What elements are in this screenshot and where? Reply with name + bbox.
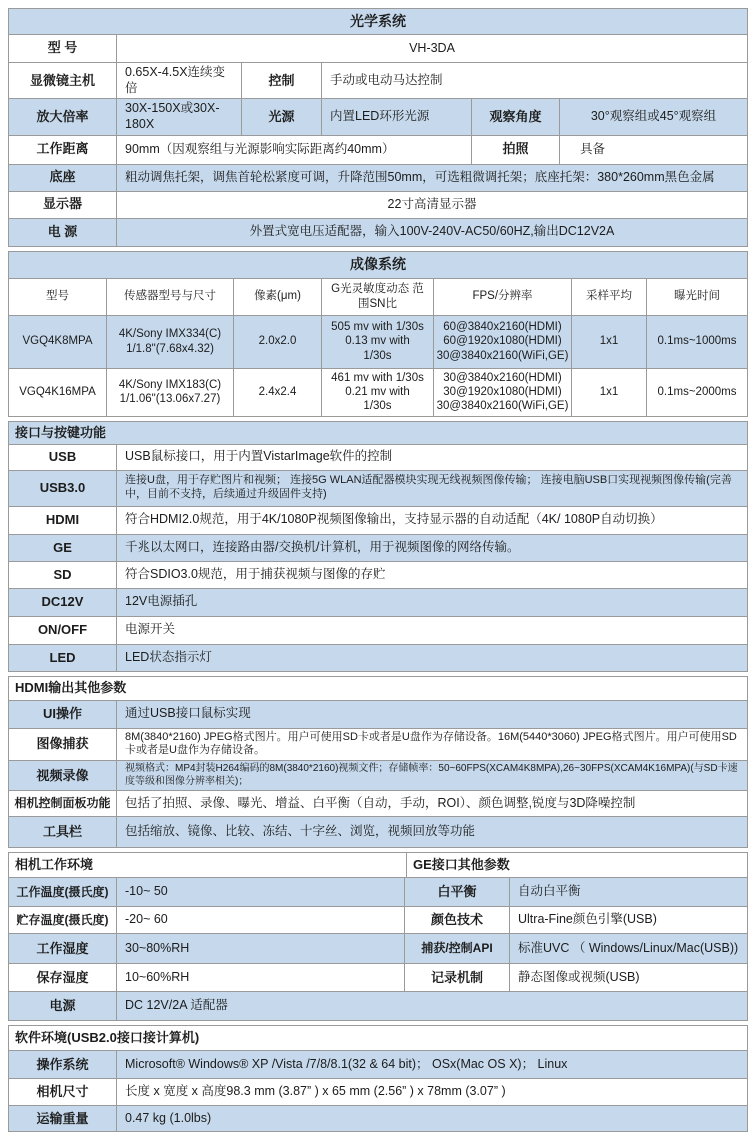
row-label: 光源 [241, 99, 321, 134]
row-value: 22寸高清显示器 [116, 192, 747, 218]
row-value: 自动白平衡 [509, 878, 747, 906]
table-row: 电 源 外置式宽电压适配器，输入100V-240V-AC50/60HZ,输出DC… [9, 218, 747, 246]
table-row: HDMI 符合HDMI2.0规范，用于4K/1080P视频图像输出，支持显示器的… [9, 506, 747, 534]
imaging-header-row: 型号 传感器型号与尺寸 像素(μm) G光灵敏度动态 范围SN比 FPS/分辨率… [9, 278, 747, 315]
row-label: 记录机制 [404, 964, 509, 991]
table-row: USB3.0 连接U盘，用于存贮图片和视频； 连接5G WLAN适配器模块实现无… [9, 470, 747, 506]
section-interfaces: 接口与按键功能 USB USB鼠标接口，用于内置VistarImage软件的控制… [8, 421, 748, 672]
row-value: 0.47 kg (1.0lbs) [116, 1106, 747, 1131]
table-row: 相机尺寸 长度 x 宽度 x 高度98.3 mm (3.87” ) x 65 m… [9, 1078, 747, 1105]
table-row: 工具栏 包括缩放、镜像、比较、冻结、十字丝、浏览，视频回放等功能 [9, 816, 747, 847]
row-label: 观察角度 [471, 99, 559, 134]
table-row: DC12V 12V电源插孔 [9, 588, 747, 616]
row-value: 30°观察组或45°观察组 [559, 99, 747, 134]
model-value: VH-3DA [116, 35, 747, 62]
table-row: 运输重量 0.47 kg (1.0lbs) [9, 1105, 747, 1131]
column-header: 曝光时间 [646, 279, 747, 315]
row-label: 相机尺寸 [9, 1079, 116, 1105]
table-row: 图像捕获 8M(3840*2160) JPEG格式图片。用户可使用SD卡或者是U… [9, 728, 747, 761]
row-label: USB [9, 445, 116, 470]
column-header: 采样平均 [571, 279, 646, 315]
exposure-time: 0.1ms~1000ms [646, 316, 747, 368]
row-value: 包括缩放、镜像、比较、冻结、十字丝、浏览，视频回放等功能 [116, 817, 747, 847]
table-row: SD 符合SDIO3.0规范，用于捕获视频与图像的存贮 [9, 561, 747, 588]
row-value: 视频格式：MP4封装H264编码的8M(3840*2160)视频文件；存储帧率：… [116, 761, 747, 790]
sampling-average: 1x1 [571, 369, 646, 416]
row-label: UI操作 [9, 701, 116, 728]
table-row: 放大倍率 30X-150X或30X-180X 光源 内置LED环形光源 观察角度… [9, 98, 747, 134]
row-value: 千兆以太网口，连接路由器/交换机/计算机，用于视频图像的网络传输。 [116, 535, 747, 561]
row-value: 长度 x 宽度 x 高度98.3 mm (3.87” ) x 65 mm (2.… [116, 1079, 747, 1105]
table-row: 型 号 VH-3DA [9, 34, 747, 62]
column-header: 像素(μm) [233, 279, 321, 315]
row-label: 工具栏 [9, 817, 116, 847]
table-row: 贮存温度(摄氏度) -20~ 60 颜色技术 Ultra-Fine颜色引擎(US… [9, 906, 747, 933]
section-title: 软件环境(USB2.0接口接计算机) [9, 1026, 747, 1050]
sensor-spec: 4K/Sony IMX334(C) 1/1.8"(7.68x4.32) [106, 316, 233, 368]
row-label: 视频录像 [9, 761, 116, 790]
section-title: 成像系统 [9, 252, 747, 278]
table-row: 底座 粗动调焦托架，调焦首轮松紧度可调，升降范围50mm，可选粗微调托架；底座托… [9, 164, 747, 191]
row-value: 符合SDIO3.0规范，用于捕获视频与图像的存贮 [116, 562, 747, 588]
table-row: 视频录像 视频格式：MP4封装H264编码的8M(3840*2160)视频文件；… [9, 760, 747, 790]
row-label: LED [9, 645, 116, 671]
table-row: 显示器 22寸高清显示器 [9, 191, 747, 218]
row-label: 白平衡 [404, 878, 509, 906]
row-label: 图像捕获 [9, 729, 116, 761]
table-row: ON/OFF 电源开关 [9, 616, 747, 644]
row-value: 内置LED环形光源 [321, 99, 471, 134]
row-value: 8M(3840*2160) JPEG格式图片。用户可使用SD卡或者是U盘作为存储… [116, 729, 747, 761]
table-row: 工作温度(摄氏度) -10~ 50 白平衡 自动白平衡 [9, 877, 747, 906]
sensitivity: 461 mv with 1/30s 0.21 mv with 1/30s [321, 369, 433, 416]
row-value: 30X-150X或30X-180X [116, 99, 241, 134]
row-value: 电源开关 [116, 617, 747, 644]
pixel-size: 2.0x2.0 [233, 316, 321, 368]
row-label: 工作距离 [9, 136, 116, 164]
camera-model: VGQ4K8MPA [9, 316, 106, 368]
row-label: HDMI [9, 507, 116, 534]
table-row: 操作系统 Microsoft® Windows® XP /Vista /7/8/… [9, 1050, 747, 1078]
row-label: 保存湿度 [9, 964, 116, 991]
row-value: 30~80%RH [116, 934, 404, 963]
row-value: -10~ 50 [116, 878, 404, 906]
fps-resolution: 30@3840x2160(HDMI) 30@1920x1080(HDMI) 30… [433, 369, 571, 416]
row-value: 包括了拍照、录像、曝光、增益、白平衡（自动，手动，ROI）、颜色调整,锐度与3D… [116, 791, 747, 816]
section-title: 接口与按键功能 [9, 422, 747, 444]
row-label: 电 源 [9, 219, 116, 246]
row-label: SD [9, 562, 116, 588]
interface-title-row: 接口与按键功能 [9, 422, 747, 444]
row-label: USB3.0 [9, 471, 116, 506]
row-value: 90mm（因观察组与光源影响实际距离约40mm） [116, 136, 471, 164]
row-label: 显示器 [9, 192, 116, 218]
table-row: 电源 DC 12V/2A 适配器 [9, 991, 747, 1020]
row-label: 拍照 [471, 136, 559, 164]
table-row: GE 千兆以太网口，连接路由器/交换机/计算机，用于视频图像的网络传输。 [9, 534, 747, 561]
optical-title-row: 光学系统 [9, 9, 747, 34]
column-header: 型号 [9, 279, 106, 315]
section-environment-and-ge: 相机工作环境 GE接口其他参数 工作温度(摄氏度) -10~ 50 白平衡 自动… [8, 852, 748, 1021]
row-label: 捕获/控制API [404, 934, 509, 963]
row-label: 电源 [9, 992, 116, 1020]
table-row: 显微镜主机 0.65X-4.5X连续变倍 控制 手动或电动马达控制 [9, 62, 747, 98]
sampling-average: 1x1 [571, 316, 646, 368]
row-label: 工作湿度 [9, 934, 116, 963]
table-row: 相机控制面板功能 包括了拍照、录像、曝光、增益、白平衡（自动，手动，ROI）、颜… [9, 790, 747, 816]
sensitivity: 505 mv with 1/30s 0.13 mv with 1/30s [321, 316, 433, 368]
camera-model: VGQ4K16MPA [9, 369, 106, 416]
pixel-size: 2.4x2.4 [233, 369, 321, 416]
table-row: 工作湿度 30~80%RH 捕获/控制API 标准UVC （ Windows/L… [9, 933, 747, 963]
section-imaging-system: 成像系统 型号 传感器型号与尺寸 像素(μm) G光灵敏度动态 范围SN比 FP… [8, 251, 748, 417]
row-label: 相机控制面板功能 [9, 791, 116, 816]
section-hdmi-params: HDMI输出其他参数 UI操作 通过USB接口鼠标实现 图像捕获 8M(3840… [8, 676, 748, 849]
section-title: 相机工作环境 [9, 853, 406, 877]
row-value: 具备 [559, 136, 747, 164]
row-value: DC 12V/2A 适配器 [116, 992, 747, 1020]
imaging-title-row: 成像系统 [9, 252, 747, 278]
row-label: 运输重量 [9, 1106, 116, 1131]
row-value: LED状态指示灯 [116, 645, 747, 671]
exposure-time: 0.1ms~2000ms [646, 369, 747, 416]
sensor-spec: 4K/Sony IMX183(C) 1/1.06"(13.06x7.27) [106, 369, 233, 416]
row-value: 连接U盘，用于存贮图片和视频； 连接5G WLAN适配器模块实现无线视频图像传输… [116, 471, 747, 506]
row-value: 0.65X-4.5X连续变倍 [116, 63, 241, 98]
fps-resolution: 60@3840x2160(HDMI) 60@1920x1080(HDMI) 30… [433, 316, 571, 368]
row-value: 粗动调焦托架，调焦首轮松紧度可调，升降范围50mm，可选粗微调托架；底座托架：3… [116, 165, 747, 191]
row-value: 外置式宽电压适配器，输入100V-240V-AC50/60HZ,输出DC12V2… [116, 219, 747, 246]
row-label: 显微镜主机 [9, 63, 116, 98]
column-header: G光灵敏度动态 范围SN比 [321, 279, 433, 315]
column-header: FPS/分辨率 [433, 279, 571, 315]
section-title: HDMI输出其他参数 [9, 677, 747, 700]
row-value: Ultra-Fine颜色引擎(USB) [509, 907, 747, 933]
row-label: DC12V [9, 589, 116, 616]
section-title: GE接口其他参数 [406, 853, 747, 877]
software-title-row: 软件环境(USB2.0接口接计算机) [9, 1026, 747, 1050]
row-value: -20~ 60 [116, 907, 404, 933]
table-row: USB USB鼠标接口，用于内置VistarImage软件的控制 [9, 444, 747, 470]
section-optical-system: 光学系统 型 号 VH-3DA 显微镜主机 0.65X-4.5X连续变倍 控制 … [8, 8, 748, 247]
table-row: UI操作 通过USB接口鼠标实现 [9, 700, 747, 728]
row-value: 标准UVC （ Windows/Linux/Mac(USB)) [509, 934, 747, 963]
row-value: 10~60%RH [116, 964, 404, 991]
section-title: 光学系统 [9, 9, 747, 34]
table-row: LED LED状态指示灯 [9, 644, 747, 671]
row-label: 控制 [241, 63, 321, 98]
row-value: 通过USB接口鼠标实现 [116, 701, 747, 728]
row-label: 颜色技术 [404, 907, 509, 933]
row-value: 手动或电动马达控制 [321, 63, 747, 98]
spec-sheet: 光学系统 型 号 VH-3DA 显微镜主机 0.65X-4.5X连续变倍 控制 … [0, 0, 756, 1142]
row-label: 操作系统 [9, 1051, 116, 1078]
row-label: 底座 [9, 165, 116, 191]
row-value: 静态图像或视频(USB) [509, 964, 747, 991]
table-row: VGQ4K8MPA 4K/Sony IMX334(C) 1/1.8"(7.68x… [9, 315, 747, 368]
table-row: 保存湿度 10~60%RH 记录机制 静态图像或视频(USB) [9, 963, 747, 991]
env-ge-title-row: 相机工作环境 GE接口其他参数 [9, 853, 747, 877]
row-label: 工作温度(摄氏度) [9, 878, 116, 906]
row-label: ON/OFF [9, 617, 116, 644]
row-label: 型 号 [9, 35, 116, 62]
row-label: GE [9, 535, 116, 561]
row-value: 符合HDMI2.0规范，用于4K/1080P视频图像输出，支持显示器的自动适配（… [116, 507, 747, 534]
table-row: VGQ4K16MPA 4K/Sony IMX183(C) 1/1.06"(13.… [9, 368, 747, 416]
row-value: 12V电源插孔 [116, 589, 747, 616]
table-row: 工作距离 90mm（因观察组与光源影响实际距离约40mm） 拍照 具备 [9, 135, 747, 164]
row-value: USB鼠标接口，用于内置VistarImage软件的控制 [116, 445, 747, 470]
section-software-environment: 软件环境(USB2.0接口接计算机) 操作系统 Microsoft® Windo… [8, 1025, 748, 1132]
hdmi-params-title-row: HDMI输出其他参数 [9, 677, 747, 700]
column-header: 传感器型号与尺寸 [106, 279, 233, 315]
row-value: Microsoft® Windows® XP /Vista /7/8/8.1(3… [116, 1051, 747, 1078]
row-label: 放大倍率 [9, 99, 116, 134]
row-label: 贮存温度(摄氏度) [9, 907, 116, 933]
